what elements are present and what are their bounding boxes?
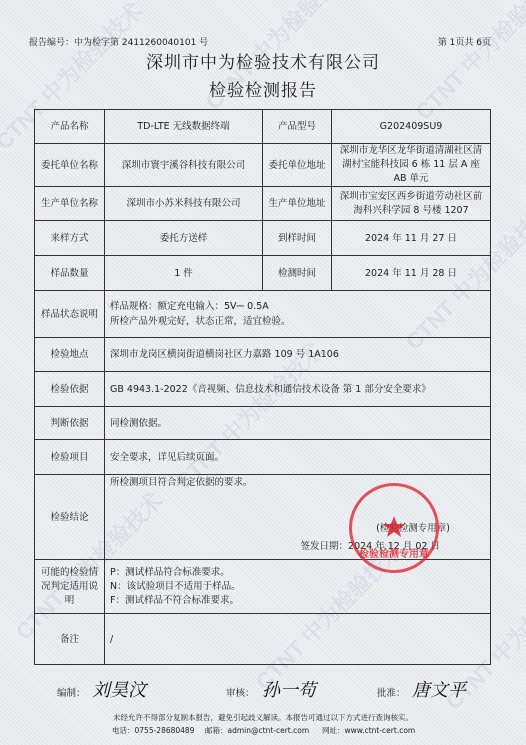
table-row: 检验结论 所检测项目符合判定依据的要求。 (检验检测专用章) 签发日期：2024… — [35, 475, 491, 560]
quantity-label: 样品数量 — [35, 256, 105, 291]
sampling-method-label: 来样方式 — [35, 221, 105, 256]
report-title: 检验检测报告 — [0, 76, 526, 101]
test-items-label: 检验项目 — [35, 440, 105, 475]
approved-label: 批准： — [377, 685, 406, 699]
approved-signature: 唐文平 — [412, 676, 466, 702]
verdict-p: P：测试样品符合标准要求。 — [110, 566, 485, 580]
prepared-label: 编制： — [57, 685, 86, 699]
report-number: 报告编号：中为检字第 2411260040101 号 — [29, 35, 208, 48]
verdict-n: N：该试验项目不适用于样品。 — [110, 580, 485, 594]
judgment-basis-value: 同检测依据。 — [105, 407, 491, 440]
arrival-date-label: 到样时间 — [263, 221, 332, 256]
table-row: 委托单位名称 深圳市寰宇溪谷科技有限公司 委托单位地址 深圳市龙华区龙华街道清湖… — [35, 144, 491, 187]
table-row: 来样方式 委托方送样 到样时间 2024 年 11 月 27 日 — [35, 221, 491, 256]
judgment-basis-label: 判断依据 — [35, 407, 105, 440]
conclusion-label: 检验结论 — [35, 475, 105, 560]
model-value: G202409SU9 — [332, 110, 491, 144]
test-location-value: 深圳市龙岗区横岗街道横岗社区力嘉路 109 号 1A106 — [105, 338, 491, 372]
manufacturer-address-label: 生产单位地址 — [263, 187, 332, 221]
client-name-value: 深圳市寰宇溪谷科技有限公司 — [105, 144, 263, 187]
reviewed-signature: 孙一苟 — [262, 676, 316, 702]
manufacturer-value: 深圳市小苏米科技有限公司 — [105, 187, 263, 221]
issue-date: 签发日期：2024 年 12 月 02 日 — [105, 539, 490, 554]
verdict-f: F：测试样品不符合标准要求。 — [110, 594, 485, 608]
company-name: 深圳市中为检验技术有限公司 — [0, 48, 526, 73]
client-address-value: 深圳市龙华区龙华街道清湖社区清湖村宝能科技园 6 栋 11 层 A 座 AB 单… — [332, 144, 491, 187]
remarks-value: / — [105, 614, 491, 665]
table-row: 样品状态说明 样品规格：额定充电输入：5V⎓ 0.5A 所检产品外观完好，状态正… — [35, 291, 491, 338]
sample-spec-line: 样品规格：额定充电输入：5V⎓ 0.5A — [110, 299, 485, 314]
table-row: 可能的检验情况判定适用说明 P：测试样品符合标准要求。 N：该试验项目不适用于样… — [35, 560, 491, 614]
sample-status-value: 样品规格：额定充电输入：5V⎓ 0.5A 所检产品外观完好，状态正常，适宜检验。 — [105, 291, 491, 338]
table-row: 备注 / — [35, 614, 491, 665]
conclusion-value: 所检测项目符合判定依据的要求。 — [110, 475, 485, 490]
conclusion-cell: 所检测项目符合判定依据的要求。 (检验检测专用章) 签发日期：2024 年 12… — [105, 475, 491, 560]
client-address-label: 委托单位地址 — [263, 144, 332, 187]
manufacturer-address-value: 深圳市宝安区西乡街道劳动社区前海科兴科学园 8 号楼 1207 — [332, 187, 491, 221]
model-label: 产品型号 — [263, 110, 332, 144]
table-row: 检验地点 深圳市龙岗区横岗街道横岗社区力嘉路 109 号 1A106 — [35, 338, 491, 372]
prepared-signature: 刘昊汶 — [92, 676, 146, 702]
test-location-label: 检验地点 — [35, 338, 105, 372]
table-row: 产品名称 TD-LTE 无线数据终端 产品型号 G202409SU9 — [35, 110, 491, 144]
contact-website: 网址：www.ctnt-cert.com — [322, 725, 415, 736]
verdict-label: 可能的检验情况判定适用说明 — [35, 560, 105, 614]
sample-condition-line: 所检产品外观完好，状态正常，适宜检验。 — [110, 314, 485, 329]
reviewed-label: 审核： — [226, 685, 255, 699]
table-row: 判断依据 同检测依据。 — [35, 407, 491, 440]
client-name-label: 委托单位名称 — [35, 144, 105, 187]
sample-status-label: 样品状态说明 — [35, 291, 105, 338]
table-row: 检验依据 GB 4943.1-2022《音视频、信息技术和通信技术设备 第 1 … — [35, 372, 491, 407]
test-date-value: 2024 年 11 月 28 日 — [332, 256, 491, 291]
test-basis-label: 检验依据 — [35, 372, 105, 407]
table-row: 检验项目 安全要求，详见后续页面。 — [35, 440, 491, 475]
test-date-label: 检测时间 — [263, 256, 332, 291]
copy-notice: 未经允许不得部分复制本报告，避免引起歧义解读。本报告可通过以下方式进行查询核实。 — [0, 712, 526, 723]
remarks-label: 备注 — [35, 614, 105, 665]
product-name-value: TD-LTE 无线数据终端 — [105, 110, 263, 144]
manufacturer-label: 生产单位名称 — [35, 187, 105, 221]
test-items-value: 安全要求，详见后续页面。 — [105, 440, 491, 475]
verdict-cell: P：测试样品符合标准要求。 N：该试验项目不适用于样品。 F：测试样品不符合标准… — [105, 560, 491, 614]
quantity-value: 1 件 — [105, 256, 263, 291]
contact-email: 邮箱：admin@ctnt-cert.com — [205, 725, 309, 736]
contact-phone: 电话：0755-28680489 — [112, 725, 194, 736]
arrival-date-value: 2024 年 11 月 27 日 — [332, 221, 491, 256]
test-basis-value: GB 4943.1-2022《音视频、信息技术和通信技术设备 第 1 部分安全要… — [105, 372, 491, 407]
table-row: 样品数量 1 件 检测时间 2024 年 11 月 28 日 — [35, 256, 491, 291]
seal-note: (检验检测专用章) — [105, 521, 490, 536]
report-table: 产品名称 TD-LTE 无线数据终端 产品型号 G202409SU9 委托单位名… — [34, 109, 491, 665]
sampling-method-value: 委托方送样 — [105, 221, 263, 256]
table-row: 生产单位名称 深圳市小苏米科技有限公司 生产单位地址 深圳市宝安区西乡街道劳动社… — [35, 187, 491, 221]
product-name-label: 产品名称 — [35, 110, 105, 144]
page-info: 第 1页共 6页 — [438, 35, 491, 48]
